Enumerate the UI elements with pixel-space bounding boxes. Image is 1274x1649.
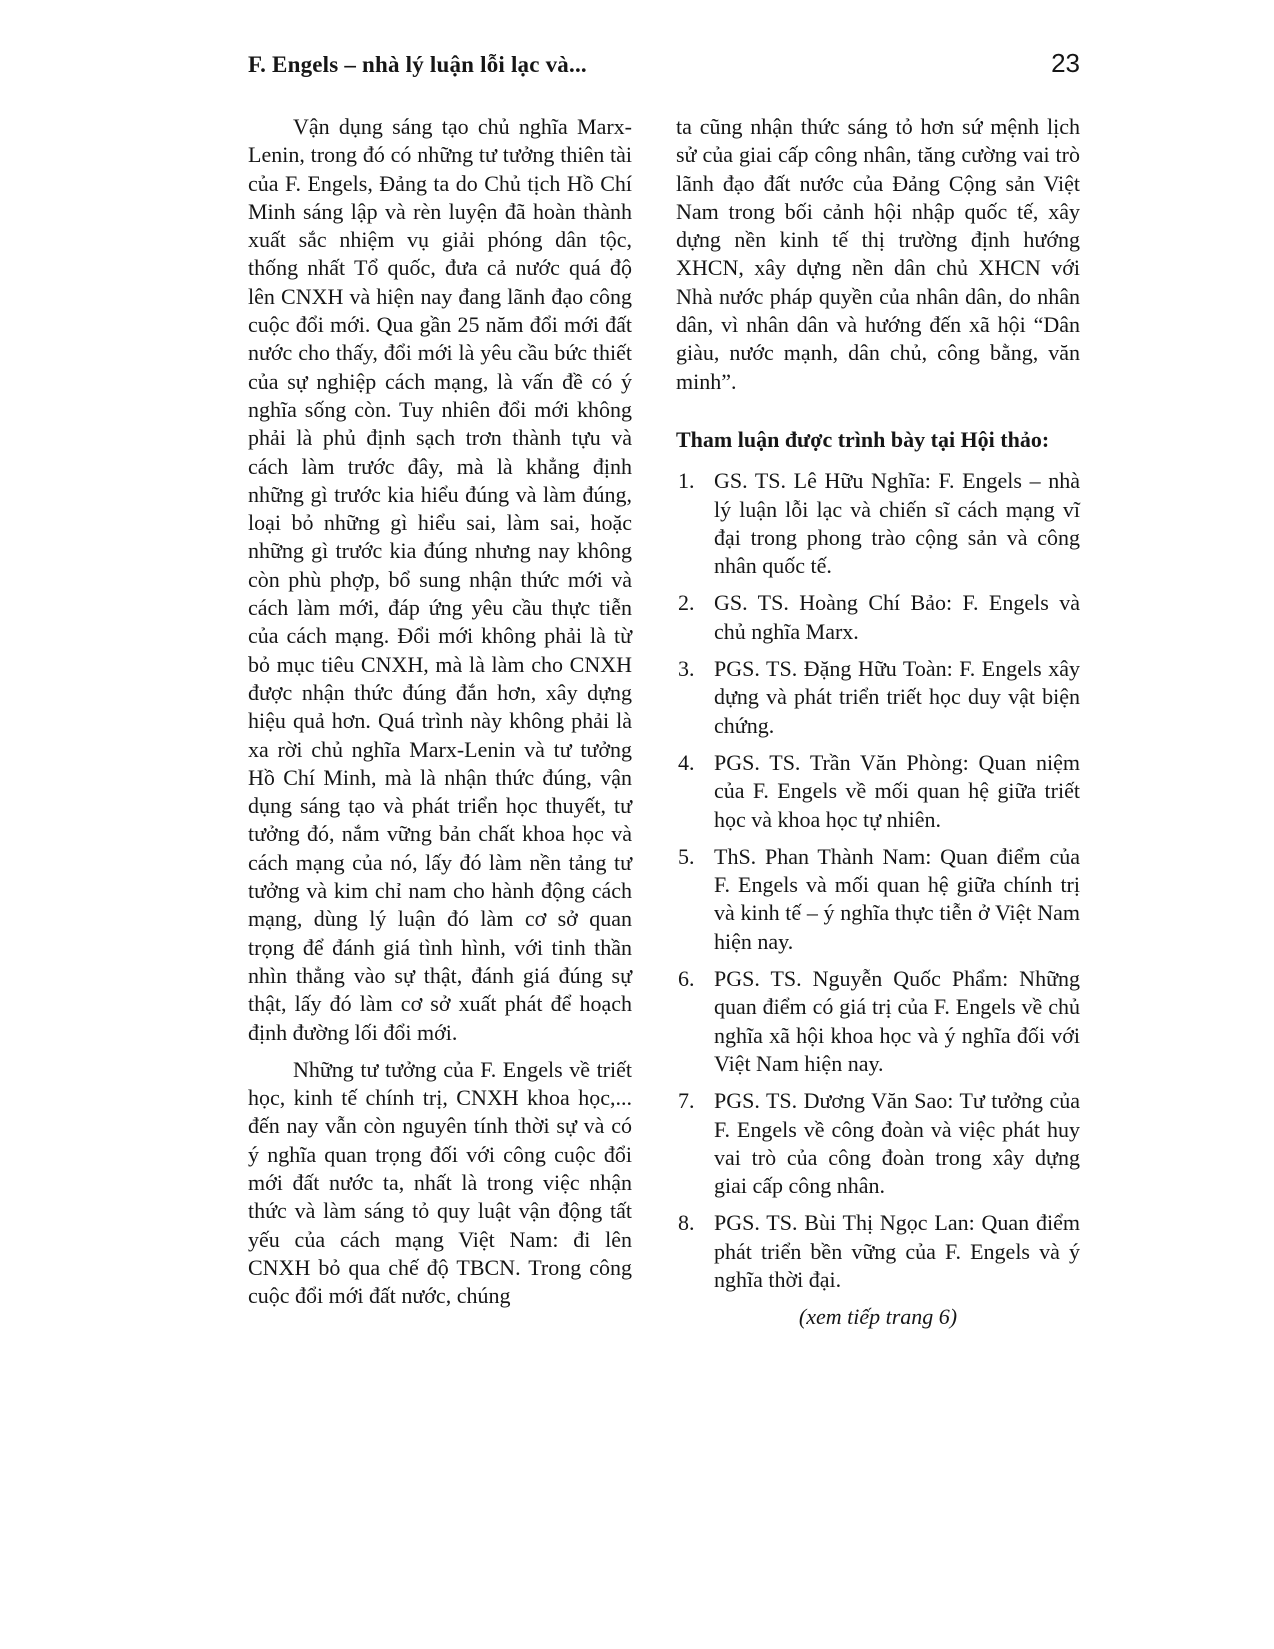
continuation-note: (xem tiếp trang 6) xyxy=(676,1303,1080,1331)
running-title: F. Engels – nhà lý luận lỗi lạc và... xyxy=(248,52,587,78)
list-item-text: PGS. TS. Bùi Thị Ngọc Lan: Quan điểm phá… xyxy=(714,1210,1080,1292)
list-item-number: 2. xyxy=(678,589,695,617)
list-item: 5.ThS. Phan Thành Nam: Quan điểm của F. … xyxy=(676,843,1080,956)
list-item-text: PGS. TS. Dương Văn Sao: Tư tưởng của F. … xyxy=(714,1088,1080,1198)
right-column: ta cũng nhận thức sáng tỏ hơn sứ mệnh lị… xyxy=(676,113,1080,1332)
page-number: 23 xyxy=(1051,50,1080,76)
paragraph: Những tư tưởng của F. Engels về triết họ… xyxy=(248,1056,632,1311)
two-column-body: Vận dụng sáng tạo chủ nghĩa Marx-Lenin, … xyxy=(248,113,1080,1332)
list-item-text: GS. TS. Hoàng Chí Bảo: F. Engels và chủ … xyxy=(714,590,1080,643)
list-item-number: 7. xyxy=(678,1087,695,1115)
document-page: F. Engels – nhà lý luận lỗi lạc và... 23… xyxy=(248,50,1080,1332)
page-header: F. Engels – nhà lý luận lỗi lạc và... 23 xyxy=(248,50,1080,78)
list-item-number: 4. xyxy=(678,749,695,777)
list-item-number: 3. xyxy=(678,655,695,683)
list-item-number: 8. xyxy=(678,1209,695,1237)
list-item-text: ThS. Phan Thành Nam: Quan điểm của F. En… xyxy=(714,844,1080,954)
list-item: 2.GS. TS. Hoàng Chí Bảo: F. Engels và ch… xyxy=(676,589,1080,646)
list-item-number: 1. xyxy=(678,467,695,495)
list-item-text: PGS. TS. Trần Văn Phòng: Quan niệm của F… xyxy=(714,750,1080,832)
list-item-number: 6. xyxy=(678,965,695,993)
list-item: 6.PGS. TS. Nguyễn Quốc Phẩm: Những quan … xyxy=(676,965,1080,1078)
paragraph: Vận dụng sáng tạo chủ nghĩa Marx-Lenin, … xyxy=(248,113,632,1047)
list-item: 3.PGS. TS. Đặng Hữu Toàn: F. Engels xây … xyxy=(676,655,1080,740)
list-item-text: GS. TS. Lê Hữu Nghĩa: F. Engels – nhà lý… xyxy=(714,468,1080,578)
paragraph-continuation: ta cũng nhận thức sáng tỏ hơn sứ mệnh lị… xyxy=(676,113,1080,396)
list-item-number: 5. xyxy=(678,843,695,871)
list-item-text: PGS. TS. Đặng Hữu Toàn: F. Engels xây dự… xyxy=(714,656,1080,738)
section-heading: Tham luận được trình bày tại Hội thảo: xyxy=(676,426,1080,454)
list-item: 4.PGS. TS. Trần Văn Phòng: Quan niệm của… xyxy=(676,749,1080,834)
list-item-text: PGS. TS. Nguyễn Quốc Phẩm: Những quan đi… xyxy=(714,966,1080,1076)
list-item: 7.PGS. TS. Dương Văn Sao: Tư tưởng của F… xyxy=(676,1087,1080,1200)
list-item: 1.GS. TS. Lê Hữu Nghĩa: F. Engels – nhà … xyxy=(676,467,1080,580)
list-item: 8.PGS. TS. Bùi Thị Ngọc Lan: Quan điểm p… xyxy=(676,1209,1080,1294)
talk-list: 1.GS. TS. Lê Hữu Nghĩa: F. Engels – nhà … xyxy=(676,467,1080,1294)
left-column: Vận dụng sáng tạo chủ nghĩa Marx-Lenin, … xyxy=(248,113,632,1332)
